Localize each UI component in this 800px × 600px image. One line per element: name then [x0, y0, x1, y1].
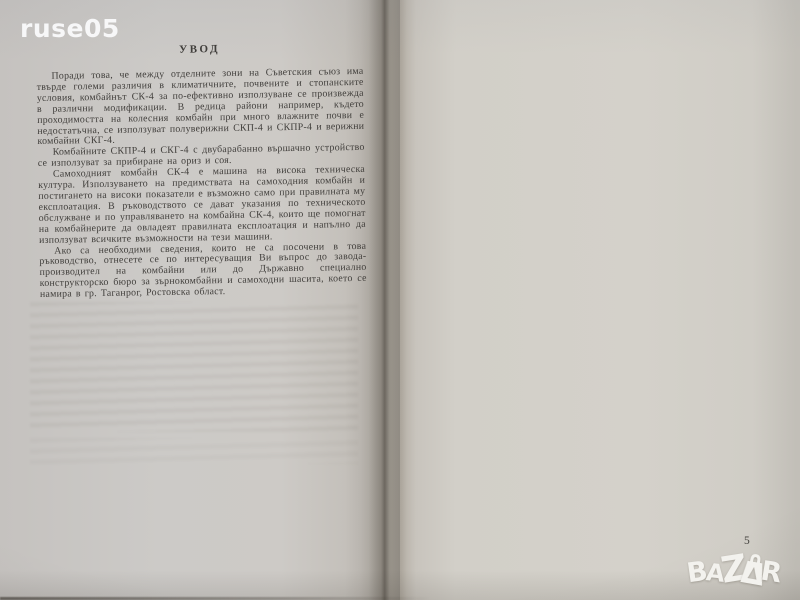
bazar-logo: B A Z R	[687, 549, 782, 586]
book-photo: УВОД Поради това, че между отделните зон…	[0, 0, 800, 600]
reverse-side-ghost-text	[30, 302, 358, 432]
left-page-paragraphs: Поради това, че между отделните зони на …	[36, 67, 367, 301]
reverse-side-ghost-text	[30, 438, 358, 464]
page-number: 5	[744, 535, 750, 547]
paragraph: Самоходният комбайн СК-4 е машина на вис…	[38, 165, 366, 246]
watermark-username: ruse05	[20, 14, 120, 43]
logo-letter-r: R	[759, 558, 784, 588]
left-page-text-block: УВОД Поради това, че между отделните зон…	[36, 41, 367, 301]
left-page: УВОД Поради това, че между отделните зон…	[0, 0, 400, 600]
paragraph: Ако са необходими сведения, които не са …	[39, 241, 367, 301]
paragraph: Поради това, че между отделните зони на …	[36, 67, 364, 148]
right-page: I. ОБЩО УСТРОЙСТВО И ТЕХНИЧЕСКА ХАРАКТЕР…	[400, 0, 800, 600]
left-page-heading: УВОД	[36, 41, 363, 58]
